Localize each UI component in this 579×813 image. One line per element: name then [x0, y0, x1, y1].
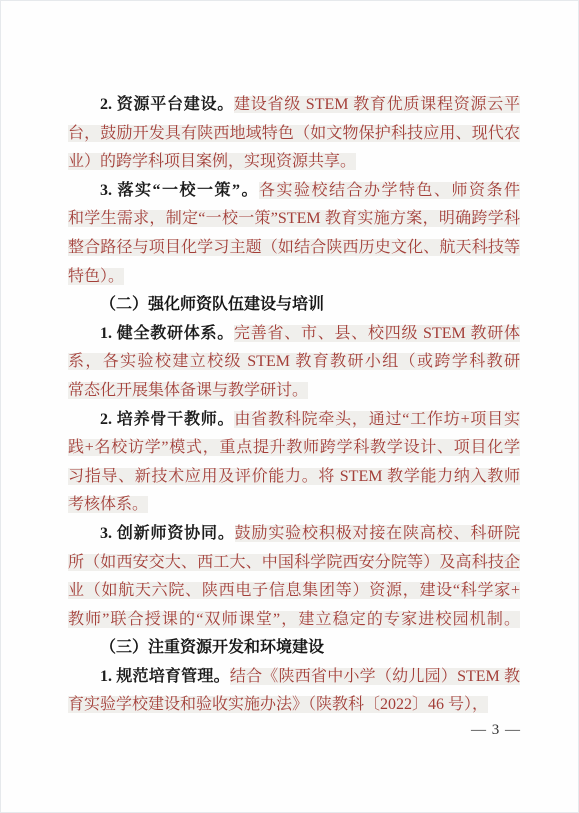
doc-line: 系，各实验校建立校级 STEM 教育教研小组（或跨学科教研组）， — [68, 348, 520, 377]
paragraph-text: 育实验学校建设和验收实施办法》（陕教科〔2022〕46 号）， — [68, 696, 488, 713]
paragraph-text: 结合《陕西省中小学（幼儿园）STEM 教 — [230, 668, 520, 685]
doc-line: 考核体系。 — [68, 491, 520, 520]
doc-line: （二）强化师资队伍建设与培训 — [68, 291, 520, 320]
doc-line: 践+名校访学”模式，重点提升教师跨学科教学设计、项目化学 — [68, 434, 520, 463]
section-heading: （三）注重资源开发和环境建设 — [100, 639, 324, 656]
paragraph-lead: 1. 健全教研体系。 — [100, 325, 234, 342]
doc-line: 特色）。 — [68, 263, 520, 292]
doc-line: （三）注重资源开发和环境建设 — [68, 634, 520, 663]
document-page: 2. 资源平台建设。建设省级 STEM 教育优质课程资源云平 台，鼓励开发具有陕… — [0, 0, 579, 813]
doc-line: 所（如西安交大、西工大、中国科学院西安分院等）及高科技企 — [68, 549, 520, 578]
paragraph-text: 台，鼓励开发具有陕西地域特色（如文物保护科技应用、现代农 — [68, 125, 520, 142]
doc-line: 常态化开展集体备课与教学研讨。 — [68, 377, 520, 406]
paragraph-lead: 1. 规范培育管理。 — [100, 668, 230, 685]
paragraph-text: 整合路径与项目化学习主题（如结合陕西历史文化、航天科技等 — [68, 239, 520, 256]
paragraph-text: 完善省、市、县、校四级 STEM 教研体 — [234, 325, 520, 342]
paragraph-text: 由省教科院牵头，通过“工作坊+项目实 — [234, 411, 520, 428]
section-heading: （二）强化师资队伍建设与培训 — [100, 296, 324, 313]
paragraph-lead: 3. 落实“一校一策”。 — [100, 182, 259, 199]
doc-line: 台，鼓励开发具有陕西地域特色（如文物保护科技应用、现代农 — [68, 120, 520, 149]
paragraph-text: 业（如航天六院、陕西电子信息集团等）资源，建设“科学家+ — [68, 582, 520, 599]
doc-line: 育实验学校建设和验收实施办法》（陕教科〔2022〕46 号）， — [68, 691, 520, 720]
doc-line: 2. 资源平台建设。建设省级 STEM 教育优质课程资源云平 — [68, 91, 520, 120]
doc-line: 1. 健全教研体系。完善省、市、县、校四级 STEM 教研体 — [68, 320, 520, 349]
doc-line: 3. 创新师资协同。鼓励实验校积极对接在陕高校、科研院 — [68, 520, 520, 549]
paragraph-text: 常态化开展集体备课与教学研讨。 — [68, 382, 308, 399]
doc-line: 1. 规范培育管理。结合《陕西省中小学（幼儿园）STEM 教 — [68, 663, 520, 692]
doc-line: 3. 落实“一校一策”。各实验校结合办学特色、师资条件 — [68, 177, 520, 206]
paragraph-text: 践+名校访学”模式，重点提升教师跨学科教学设计、项目化学 — [68, 439, 520, 456]
text-content: 2. 资源平台建设。建设省级 STEM 教育优质课程资源云平 台，鼓励开发具有陕… — [68, 91, 520, 720]
paragraph-text: 业）的跨学科项目案例，实现资源共享。 — [68, 153, 356, 170]
paragraph-text: 和学生需求，制定“一校一策”STEM 教育实施方案，明确跨学科 — [68, 210, 520, 227]
doc-line: 教师”联合授课的“双师课堂”，建立稳定的专家进校园机制。 — [68, 606, 520, 635]
paragraph-text: 鼓励实验校积极对接在陕高校、科研院 — [235, 525, 520, 542]
doc-line: 业（如航天六院、陕西电子信息集团等）资源，建设“科学家+ — [68, 577, 520, 606]
doc-line: 业）的跨学科项目案例，实现资源共享。 — [68, 148, 520, 177]
paragraph-text: 特色）。 — [68, 268, 124, 285]
paragraph-lead: 3. 创新师资协同。 — [100, 525, 235, 542]
page-number: — 3 — — [471, 722, 521, 739]
doc-line: 和学生需求，制定“一校一策”STEM 教育实施方案，明确跨学科 — [68, 205, 520, 234]
doc-line: 整合路径与项目化学习主题（如结合陕西历史文化、航天科技等 — [68, 234, 520, 263]
paragraph-text: 建设省级 STEM 教育优质课程资源云平 — [234, 96, 520, 113]
paragraph-lead: 2. 培养骨干教师。 — [100, 411, 234, 428]
doc-line: 2. 培养骨干教师。由省教科院牵头，通过“工作坊+项目实 — [68, 406, 520, 435]
paragraph-text: 所（如西安交大、西工大、中国科学院西安分院等）及高科技企 — [68, 554, 520, 571]
paragraph-text: 教师”联合授课的“双师课堂”，建立稳定的专家进校园机制。 — [68, 611, 520, 628]
doc-line: 习指导、新技术应用及评价能力。将 STEM 教学能力纳入教师 — [68, 463, 520, 492]
paragraph-text: 各实验校结合办学特色、师资条件 — [259, 182, 520, 199]
paragraph-lead: 2. 资源平台建设。 — [100, 96, 234, 113]
paragraph-text: 考核体系。 — [68, 496, 148, 513]
paragraph-text: 系，各实验校建立校级 STEM 教育教研小组（或跨学科教研组）， — [68, 353, 520, 377]
paragraph-text: 习指导、新技术应用及评价能力。将 STEM 教学能力纳入教师 — [68, 468, 520, 485]
